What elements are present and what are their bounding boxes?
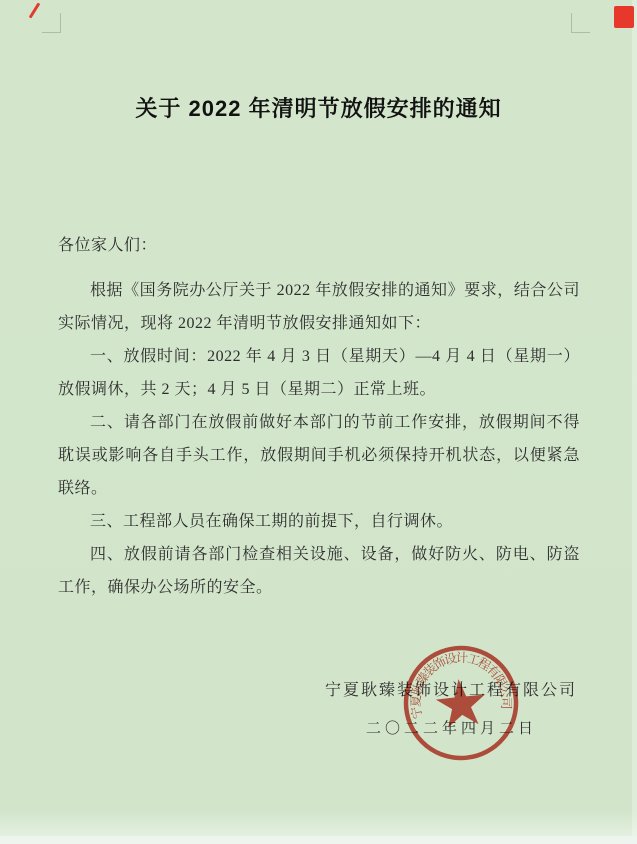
signature-company-name: 宁夏耿臻装饰设计工程有限公司 (0, 672, 637, 710)
document-title: 关于 2022 年清明节放假安排的通知 (40, 92, 597, 123)
red-square-mark-icon (614, 6, 634, 28)
scan-bottom-edge (0, 836, 637, 844)
corner-bracket-top-right (571, 13, 590, 33)
paragraph-item-3: 三、工程部人员在确保工期的前提下，自行调休。 (58, 505, 580, 538)
corner-bracket-top-left (42, 13, 61, 33)
notice-document-page: 关于 2022 年清明节放假安排的通知 各位家人们： 根据《国务院办公厅关于 2… (0, 0, 637, 844)
red-pen-mark-icon (29, 2, 41, 18)
company-seal-stamp: 宁夏耿臻装饰设计工程有限公司 (379, 621, 544, 786)
paragraph-item-2: 二、请各部门在放假前做好本部门的节前工作安排，放假期间不得耽误或影响各自手头工作… (58, 406, 580, 505)
paragraph-item-1: 一、放假时间：2022 年 4 月 3 日（星期天）—4 月 4 日（星期一）放… (58, 340, 580, 406)
paragraph-item-4: 四、放假前请各部门检查相关设施、设备，做好防火、防电、防盗工作，确保办公场所的安… (58, 538, 580, 604)
paragraph-intro: 根据《国务院办公厅关于 2022 年放假安排的通知》要求，结合公司实际情况，现将… (58, 274, 580, 340)
seal-star-icon (434, 677, 488, 729)
document-body: 各位家人们： 根据《国务院办公厅关于 2022 年放假安排的通知》要求，结合公司… (0, 229, 637, 604)
salutation: 各位家人们： (58, 229, 580, 262)
signature-block: 宁夏耿臻装饰设计工程有限公司 二〇二二年四月二日 (0, 672, 637, 748)
signature-date: 二〇二二年四月二日 (0, 710, 637, 748)
